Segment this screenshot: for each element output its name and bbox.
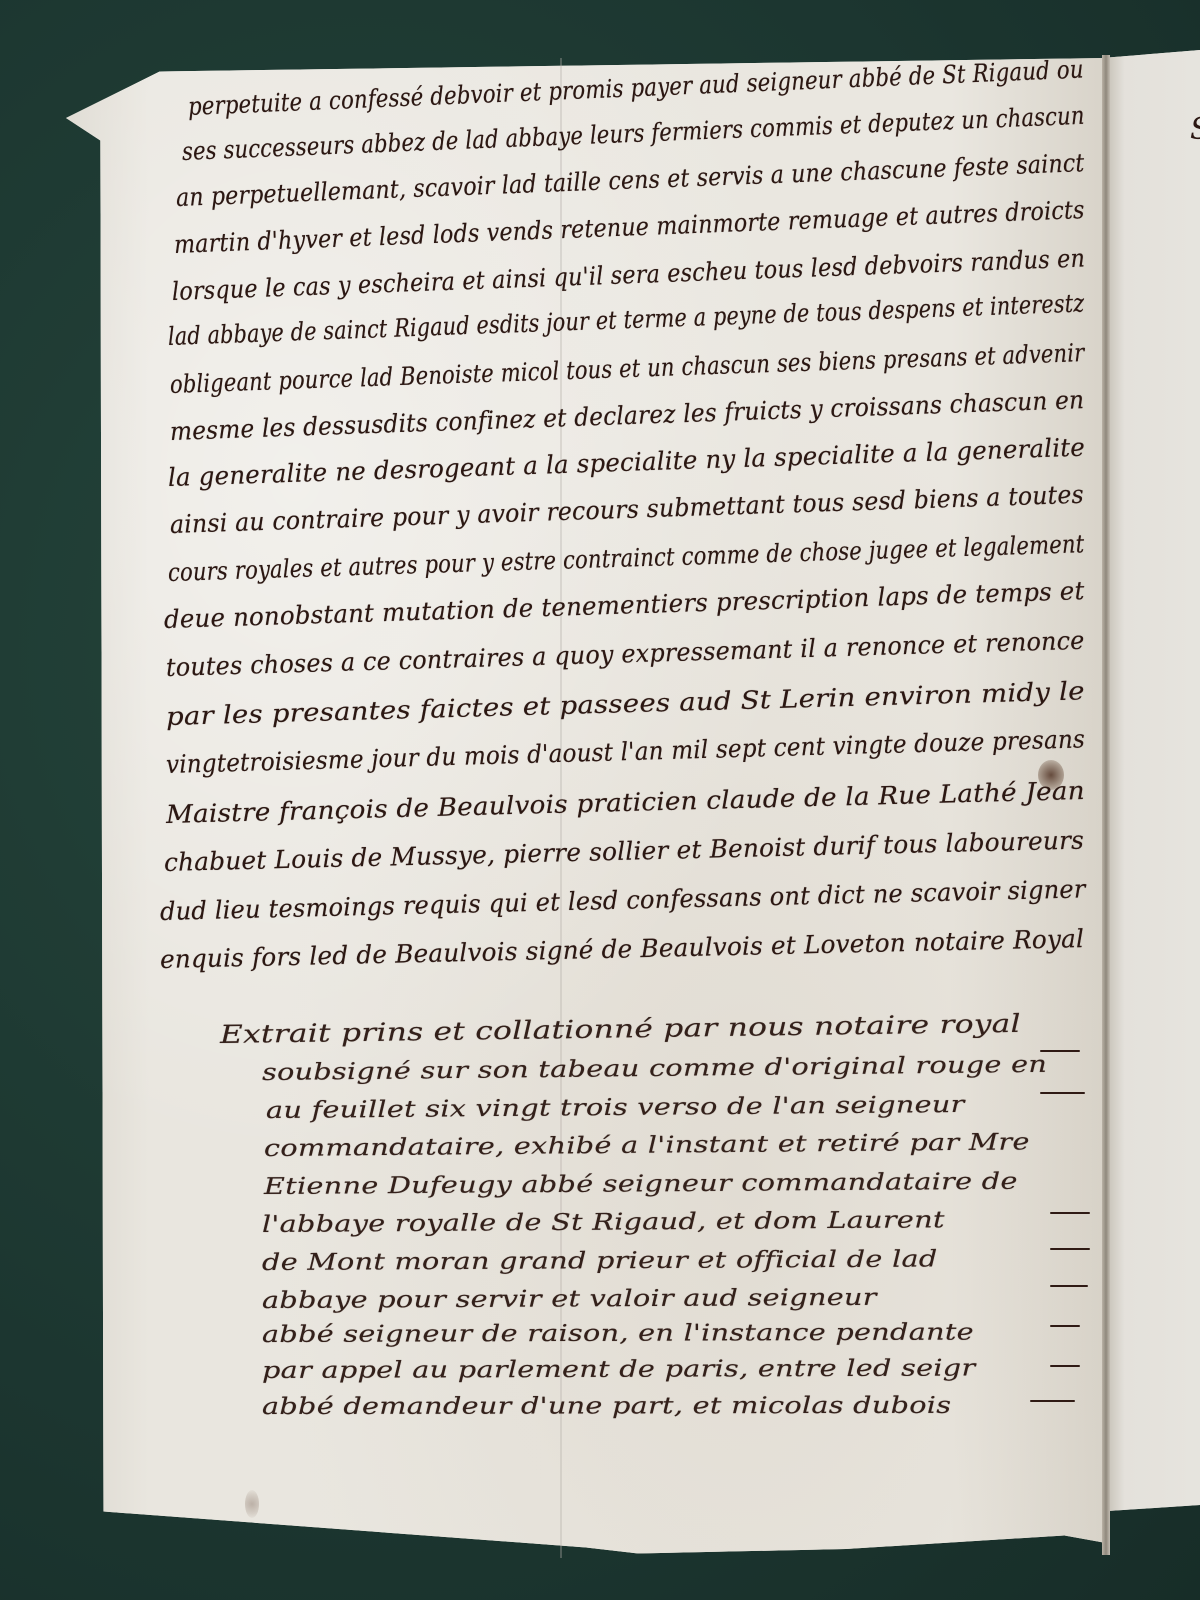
next-leaf-mark: S bbox=[1190, 112, 1200, 147]
text-line: l'abbaye royalle de St Rigaud, et dom La… bbox=[262, 1207, 945, 1238]
text-line: de Mont moran grand prieur et official d… bbox=[262, 1246, 938, 1276]
text-line: par appel au parlement de paris, entre l… bbox=[262, 1356, 976, 1384]
binding-gutter bbox=[1102, 55, 1110, 1555]
line-filler-dash bbox=[1050, 1365, 1080, 1367]
line-filler-dash bbox=[1050, 1325, 1080, 1327]
text-line: abbaye pour servir et valoir aud seigneu… bbox=[262, 1285, 877, 1314]
text-line: abbé seigneur de raison, en l'instance p… bbox=[262, 1320, 974, 1348]
text-line: abbé demandeur d'une part, et micolas du… bbox=[262, 1393, 951, 1420]
line-filler-dash bbox=[1040, 1092, 1085, 1094]
foxing-spot bbox=[245, 1490, 259, 1518]
line-filler-dash bbox=[1050, 1248, 1090, 1250]
next-leaf-edge bbox=[1108, 50, 1200, 1550]
text-line: Etienne Dufeugy abbé seigneur commandata… bbox=[264, 1169, 1018, 1200]
line-filler-dash bbox=[1050, 1285, 1088, 1287]
line-filler-dash bbox=[1040, 1050, 1080, 1052]
line-filler-dash bbox=[1030, 1400, 1075, 1402]
line-filler-dash bbox=[1050, 1212, 1090, 1214]
